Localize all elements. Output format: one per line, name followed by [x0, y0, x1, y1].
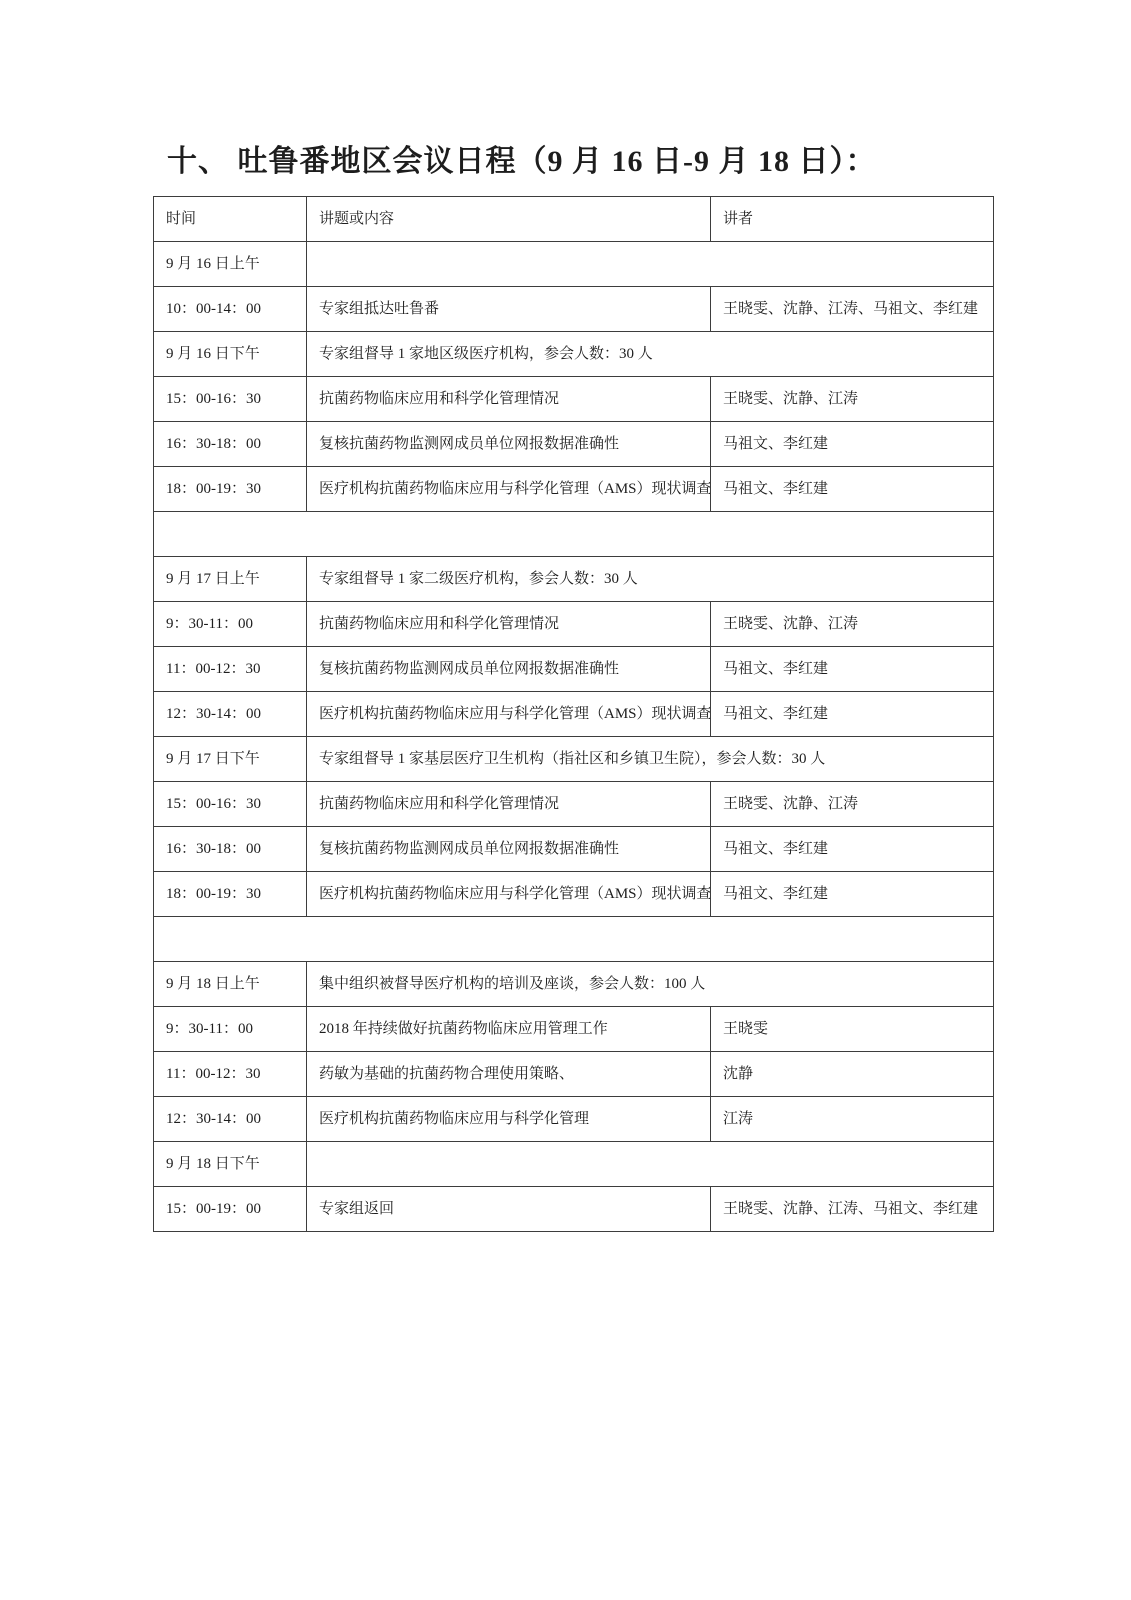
table-row: 11：00-12：30 复核抗菌药物监测网成员单位网报数据准确性 马祖文、李红建	[154, 647, 994, 692]
content-cell: 医疗机构抗菌药物临床应用与科学化管理（AMS）现状调查	[307, 872, 711, 917]
content-cell: 复核抗菌药物监测网成员单位网报数据准确性	[307, 647, 711, 692]
day-cell: 9 月 17 日上午	[154, 557, 307, 602]
day-cell: 9 月 18 日上午	[154, 962, 307, 1007]
table-row: 9 月 17 日上午 专家组督导 1 家二级医疗机构，参会人数：30 人	[154, 557, 994, 602]
content-cell: 抗菌药物临床应用和科学化管理情况	[307, 602, 711, 647]
time-cell: 9：30-11：00	[154, 1007, 307, 1052]
time-cell: 15：00-16：30	[154, 782, 307, 827]
content-cell: 专家组返回	[307, 1187, 711, 1232]
day-cell: 9 月 16 日上午	[154, 242, 307, 287]
speaker-cell: 王晓雯	[711, 1007, 994, 1052]
speaker-cell: 马祖文、李红建	[711, 647, 994, 692]
time-cell: 12：30-14：00	[154, 692, 307, 737]
content-cell: 医疗机构抗菌药物临床应用与科学化管理（AMS）现状调查	[307, 467, 711, 512]
time-cell: 15：00-19：00	[154, 1187, 307, 1232]
speaker-cell: 王晓雯、沈静、江涛、马祖文、李红建	[711, 287, 994, 332]
time-cell: 12：30-14：00	[154, 1097, 307, 1142]
speaker-cell: 马祖文、李红建	[711, 692, 994, 737]
time-cell: 18：00-19：30	[154, 467, 307, 512]
content-cell: 专家组督导 1 家二级医疗机构，参会人数：30 人	[307, 557, 994, 602]
table-row: 9：30-11：00 抗菌药物临床应用和科学化管理情况 王晓雯、沈静、江涛	[154, 602, 994, 647]
table-row: 9 月 18 日下午	[154, 1142, 994, 1187]
table-row: 15：00-19：00 专家组返回 王晓雯、沈静、江涛、马祖文、李红建	[154, 1187, 994, 1232]
content-cell: 2018 年持续做好抗菌药物临床应用管理工作	[307, 1007, 711, 1052]
speaker-cell: 马祖文、李红建	[711, 827, 994, 872]
content-cell: 医疗机构抗菌药物临床应用与科学化管理（AMS）现状调查	[307, 692, 711, 737]
content-cell: 抗菌药物临床应用和科学化管理情况	[307, 377, 711, 422]
day-cell: 9 月 18 日下午	[154, 1142, 307, 1187]
spacer-row	[154, 917, 994, 962]
schedule-table: 时间 讲题或内容 讲者 9 月 16 日上午 10：00-14：00 专家组抵达…	[153, 196, 994, 1232]
time-cell: 11：00-12：30	[154, 647, 307, 692]
day-cell: 9 月 16 日下午	[154, 332, 307, 377]
page-title: 十、 吐鲁番地区会议日程（9 月 16 日-9 月 18 日）：	[167, 136, 877, 180]
header-cell-speaker: 讲者	[711, 197, 994, 242]
speaker-cell: 王晓雯、沈静、江涛	[711, 377, 994, 422]
spacer-cell	[154, 917, 994, 962]
speaker-cell: 王晓雯、沈静、江涛	[711, 782, 994, 827]
speaker-cell: 王晓雯、沈静、江涛	[711, 602, 994, 647]
header-cell-time: 时间	[154, 197, 307, 242]
spacer-cell	[154, 512, 994, 557]
table-row: 9 月 18 日上午 集中组织被督导医疗机构的培训及座谈，参会人数：100 人	[154, 962, 994, 1007]
day-cell: 9 月 17 日下午	[154, 737, 307, 782]
table-row: 11：00-12：30 药敏为基础的抗菌药物合理使用策略、 沈静	[154, 1052, 994, 1097]
table-row: 9：30-11：00 2018 年持续做好抗菌药物临床应用管理工作 王晓雯	[154, 1007, 994, 1052]
table-row: 18：00-19：30 医疗机构抗菌药物临床应用与科学化管理（AMS）现状调查 …	[154, 872, 994, 917]
table-row: 16：30-18：00 复核抗菌药物监测网成员单位网报数据准确性 马祖文、李红建	[154, 422, 994, 467]
content-cell: 抗菌药物临床应用和科学化管理情况	[307, 782, 711, 827]
content-cell	[307, 1142, 994, 1187]
time-cell: 9：30-11：00	[154, 602, 307, 647]
content-cell: 专家组抵达吐鲁番	[307, 287, 711, 332]
content-cell: 医疗机构抗菌药物临床应用与科学化管理	[307, 1097, 711, 1142]
speaker-cell: 王晓雯、沈静、江涛、马祖文、李红建	[711, 1187, 994, 1232]
table-row: 15：00-16：30 抗菌药物临床应用和科学化管理情况 王晓雯、沈静、江涛	[154, 782, 994, 827]
speaker-cell: 马祖文、李红建	[711, 872, 994, 917]
time-cell: 10：00-14：00	[154, 287, 307, 332]
content-cell: 药敏为基础的抗菌药物合理使用策略、	[307, 1052, 711, 1097]
speaker-cell: 沈静	[711, 1052, 994, 1097]
content-cell	[307, 242, 994, 287]
speaker-cell: 江涛	[711, 1097, 994, 1142]
spacer-row	[154, 512, 994, 557]
table-row: 12：30-14：00 医疗机构抗菌药物临床应用与科学化管理（AMS）现状调查 …	[154, 692, 994, 737]
content-cell: 集中组织被督导医疗机构的培训及座谈，参会人数：100 人	[307, 962, 994, 1007]
time-cell: 15：00-16：30	[154, 377, 307, 422]
speaker-cell: 马祖文、李红建	[711, 467, 994, 512]
speaker-cell: 马祖文、李红建	[711, 422, 994, 467]
time-cell: 11：00-12：30	[154, 1052, 307, 1097]
table-row: 10：00-14：00 专家组抵达吐鲁番 王晓雯、沈静、江涛、马祖文、李红建	[154, 287, 994, 332]
time-cell: 16：30-18：00	[154, 422, 307, 467]
table-row: 9 月 16 日下午 专家组督导 1 家地区级医疗机构，参会人数：30 人	[154, 332, 994, 377]
content-cell: 专家组督导 1 家地区级医疗机构，参会人数：30 人	[307, 332, 994, 377]
content-cell: 复核抗菌药物监测网成员单位网报数据准确性	[307, 422, 711, 467]
table-row: 18：00-19：30 医疗机构抗菌药物临床应用与科学化管理（AMS）现状调查 …	[154, 467, 994, 512]
table-row: 16：30-18：00 复核抗菌药物监测网成员单位网报数据准确性 马祖文、李红建	[154, 827, 994, 872]
header-cell-content: 讲题或内容	[307, 197, 711, 242]
table-row: 12：30-14：00 医疗机构抗菌药物临床应用与科学化管理 江涛	[154, 1097, 994, 1142]
content-cell: 复核抗菌药物监测网成员单位网报数据准确性	[307, 827, 711, 872]
content-cell: 专家组督导 1 家基层医疗卫生机构（指社区和乡镇卫生院），参会人数：30 人	[307, 737, 994, 782]
table-header-row: 时间 讲题或内容 讲者	[154, 197, 994, 242]
table-row: 9 月 16 日上午	[154, 242, 994, 287]
time-cell: 18：00-19：30	[154, 872, 307, 917]
table-row: 9 月 17 日下午 专家组督导 1 家基层医疗卫生机构（指社区和乡镇卫生院），…	[154, 737, 994, 782]
time-cell: 16：30-18：00	[154, 827, 307, 872]
table-row: 15：00-16：30 抗菌药物临床应用和科学化管理情况 王晓雯、沈静、江涛	[154, 377, 994, 422]
document-page: 十、 吐鲁番地区会议日程（9 月 16 日-9 月 18 日）： 时间 讲题或内…	[0, 0, 1131, 1600]
